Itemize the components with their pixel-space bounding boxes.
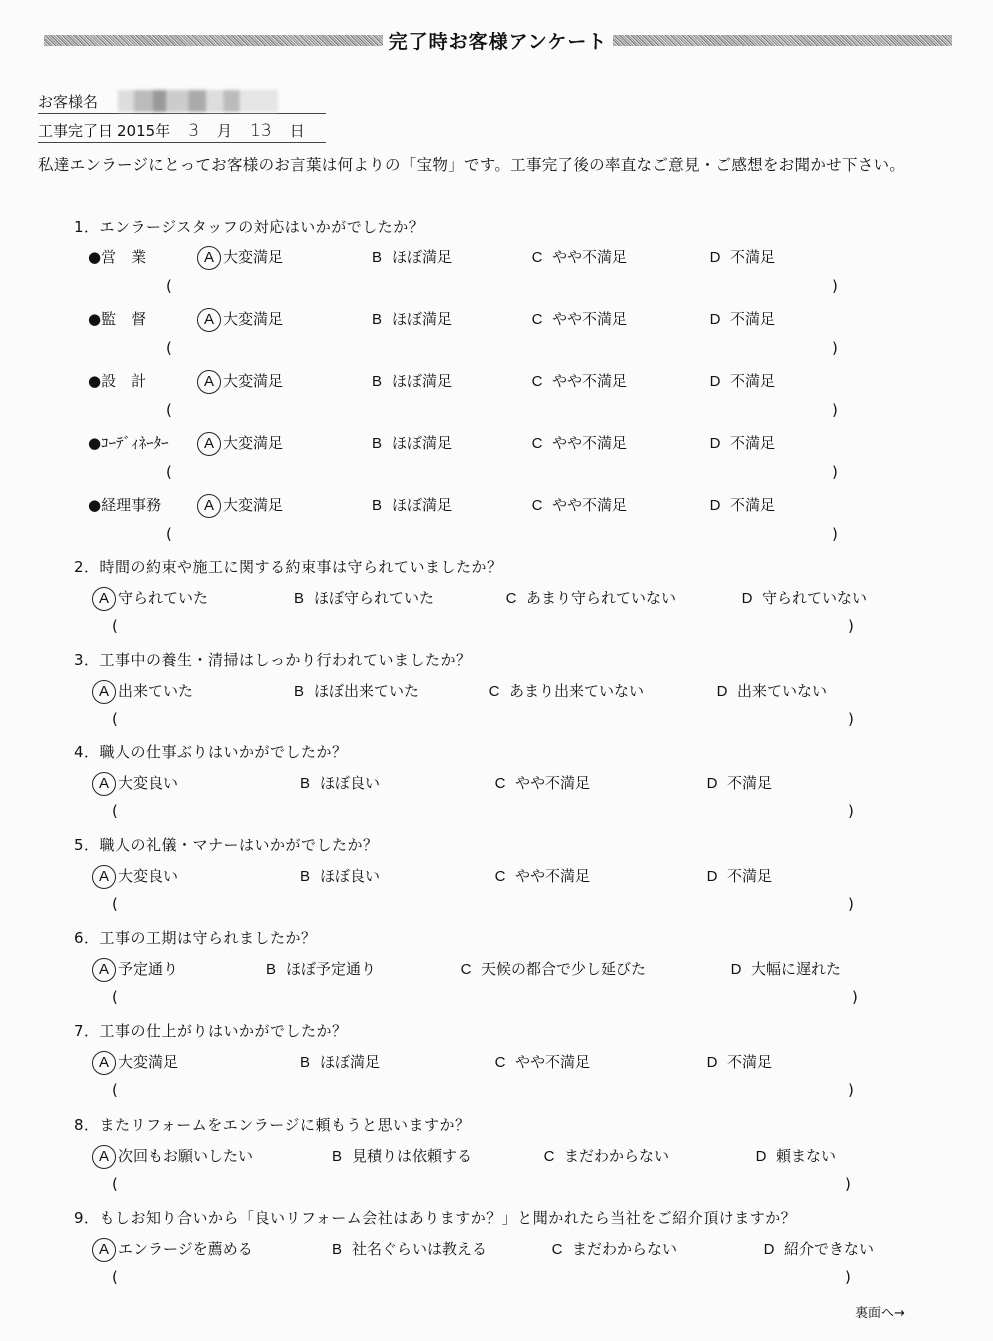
option-letter: C xyxy=(493,775,507,792)
option-text: やや不満足 xyxy=(552,310,627,328)
option-text: やや不満足 xyxy=(515,1053,590,1071)
question-7: 7．工事の仕上がりはいかがでしたか？ xyxy=(74,1020,348,1041)
option-text: まだわからない xyxy=(572,1240,677,1258)
option-text: 大変満足 xyxy=(223,434,283,452)
option-c[interactable]: Cあまり守られていない xyxy=(504,587,676,608)
option-letter: D xyxy=(762,1241,776,1258)
option-c[interactable]: Cやや不満足 xyxy=(493,772,590,793)
option-a[interactable]: A大変満足 xyxy=(203,308,283,332)
option-letter: B xyxy=(330,1148,344,1165)
staff-label: ●経理事務 xyxy=(88,494,161,515)
comment-close-paren: ) xyxy=(848,617,854,635)
comment-close-paren: ) xyxy=(848,1081,854,1099)
option-letter: C xyxy=(530,311,544,328)
option-c[interactable]: Cやや不満足 xyxy=(493,865,590,886)
option-b[interactable]: Bほぼ満足 xyxy=(370,432,452,453)
question-9: 9．もしお知り合いから「良いリフォーム会社はありますか？」と聞かれたら当社をご紹… xyxy=(74,1207,796,1228)
comment-open-paren: ( xyxy=(112,1175,118,1193)
day-unit: 日 xyxy=(290,120,305,141)
comment-open-paren: ( xyxy=(112,802,118,820)
option-d[interactable]: D不満足 xyxy=(705,1051,772,1072)
option-a[interactable]: A大変良い xyxy=(98,865,178,889)
title-row: 完了時お客様アンケート xyxy=(44,26,952,54)
option-text: 守られていない xyxy=(762,589,867,607)
option-text: 予定通り xyxy=(118,960,178,978)
option-c[interactable]: Cやや不満足 xyxy=(530,432,627,453)
option-text: 不満足 xyxy=(727,774,772,792)
option-letter: C xyxy=(504,590,518,607)
comment-open-paren: ( xyxy=(112,617,118,635)
option-letter: A xyxy=(197,432,221,456)
comment-close-paren: ) xyxy=(832,463,838,481)
option-text: やや不満足 xyxy=(515,867,590,885)
option-text: 出来ていた xyxy=(118,682,193,700)
option-d[interactable]: D大幅に遅れた xyxy=(729,958,841,979)
option-text: 大変満足 xyxy=(118,1053,178,1071)
option-letter: B xyxy=(264,961,278,978)
comment-close-paren: ) xyxy=(845,1268,851,1286)
option-letter: B xyxy=(370,311,384,328)
option-text: 次回もお願いしたい xyxy=(118,1147,253,1165)
option-text: ほぼ満足 xyxy=(392,434,452,452)
option-d[interactable]: D紹介できない xyxy=(762,1238,874,1259)
day-value: 13 xyxy=(250,121,272,141)
option-text: あまり出来ていない xyxy=(509,682,644,700)
option-text: ほぼ守られていた xyxy=(314,589,434,607)
option-a[interactable]: A大変満足 xyxy=(203,494,283,518)
option-c[interactable]: Cまだわからない xyxy=(550,1238,677,1259)
option-letter: B xyxy=(298,1054,312,1071)
customer-name-redacted xyxy=(118,90,278,112)
option-text: ほぼ満足 xyxy=(392,496,452,514)
comment-open-paren: ( xyxy=(166,463,172,481)
option-a[interactable]: A守られていた xyxy=(98,587,208,611)
year-value: 2015年 xyxy=(117,120,170,141)
option-letter: B xyxy=(370,435,384,452)
option-text: あまり守られていない xyxy=(526,589,676,607)
page-title: 完了時お客様アンケート xyxy=(383,27,614,54)
option-letter: D xyxy=(729,961,743,978)
question-6: 6．工事の工期は守られましたか？ xyxy=(74,927,317,948)
option-b[interactable]: Bほぼ満足 xyxy=(370,494,452,515)
title-bar-left xyxy=(44,35,383,46)
comment-close-paren: ) xyxy=(848,710,854,728)
option-text: 大変良い xyxy=(118,867,178,885)
title-bar-right xyxy=(613,35,952,46)
option-letter: B xyxy=(330,1241,344,1258)
option-text: ほぼ満足 xyxy=(392,310,452,328)
comment-open-paren: ( xyxy=(166,277,172,295)
comment-open-paren: ( xyxy=(112,1268,118,1286)
question-5: 5．職人の礼儀・マナーはいかがでしたか？ xyxy=(74,834,379,855)
option-text: 不満足 xyxy=(730,372,775,390)
question-8: 8．またリフォームをエンラージに頼もうと思いますか？ xyxy=(74,1114,471,1135)
option-text: 不満足 xyxy=(730,248,775,266)
option-text: 不満足 xyxy=(727,867,772,885)
option-letter: A xyxy=(197,308,221,332)
option-text: ほぼ良い xyxy=(320,774,380,792)
comment-open-paren: ( xyxy=(166,339,172,357)
option-letter: C xyxy=(530,249,544,266)
option-letter: D xyxy=(705,868,719,885)
option-letter: B xyxy=(292,590,306,607)
option-letter: C xyxy=(493,1054,507,1071)
option-letter: A xyxy=(92,865,116,889)
option-a[interactable]: A出来ていた xyxy=(98,680,193,704)
option-b[interactable]: Bほぼ満足 xyxy=(370,246,452,267)
option-c[interactable]: Cあまり出来ていない xyxy=(487,680,644,701)
option-c[interactable]: Cやや不満足 xyxy=(493,1051,590,1072)
option-text: ほぼ満足 xyxy=(392,248,452,266)
option-letter: B xyxy=(370,497,384,514)
option-text: ほぼ予定通り xyxy=(286,960,376,978)
option-b[interactable]: Bほぼ満足 xyxy=(370,370,452,391)
option-letter: C xyxy=(530,497,544,514)
option-letter: B xyxy=(298,868,312,885)
comment-open-paren: ( xyxy=(166,525,172,543)
option-text: 不満足 xyxy=(730,310,775,328)
option-letter: A xyxy=(197,494,221,518)
staff-label: ●営 業 xyxy=(88,246,146,267)
option-d[interactable]: D頼まない xyxy=(754,1145,836,1166)
option-d[interactable]: D出来ていない xyxy=(715,680,827,701)
option-letter: A xyxy=(197,370,221,394)
option-text: 大幅に遅れた xyxy=(751,960,841,978)
option-letter: D xyxy=(754,1148,768,1165)
month-unit: 月 xyxy=(217,120,232,141)
option-letter: D xyxy=(715,683,729,700)
completion-date-label: 工事完了日 xyxy=(38,120,113,141)
option-letter: A xyxy=(92,1145,116,1169)
option-text: 大変満足 xyxy=(223,248,283,266)
option-d[interactable]: D守られていない xyxy=(740,587,867,608)
option-text: 守られていた xyxy=(118,589,208,607)
option-letter: D xyxy=(708,249,722,266)
option-text: ほぼ満足 xyxy=(320,1053,380,1071)
question-2: 2．時間の約束や施工に関する約束事は守られていましたか？ xyxy=(74,556,503,577)
comment-open-paren: ( xyxy=(112,988,118,1006)
option-d[interactable]: D不満足 xyxy=(705,772,772,793)
option-letter: B xyxy=(298,775,312,792)
comment-close-paren: ) xyxy=(845,1175,851,1193)
option-text: やや不満足 xyxy=(552,434,627,452)
option-letter: D xyxy=(708,311,722,328)
option-d[interactable]: D不満足 xyxy=(708,246,775,267)
comment-open-paren: ( xyxy=(112,1081,118,1099)
comment-close-paren: ) xyxy=(832,277,838,295)
comment-close-paren: ) xyxy=(848,895,854,913)
option-d[interactable]: D不満足 xyxy=(705,865,772,886)
option-text: まだわからない xyxy=(564,1147,669,1165)
option-letter: D xyxy=(708,497,722,514)
option-c[interactable]: Cやや不満足 xyxy=(530,494,627,515)
option-text: 天候の都合で少し延びた xyxy=(481,960,646,978)
option-d[interactable]: D不満足 xyxy=(708,308,775,329)
question-1: 1．エンラージスタッフの対応はいかがでしたか？ xyxy=(74,216,424,237)
option-text: 不満足 xyxy=(727,1053,772,1071)
option-letter: A xyxy=(197,246,221,270)
turn-over-note: 裏面へ→ xyxy=(855,1302,905,1321)
option-a[interactable]: A次回もお願いしたい xyxy=(98,1145,253,1169)
staff-label: ●監 督 xyxy=(88,308,146,329)
option-text: エンラージを薦める xyxy=(118,1240,253,1258)
option-letter: A xyxy=(92,1238,116,1262)
option-text: 社名ぐらいは教える xyxy=(352,1240,487,1258)
option-text: ほぼ出来ていた xyxy=(314,682,419,700)
option-text: やや不満足 xyxy=(552,372,627,390)
option-letter: C xyxy=(550,1241,564,1258)
question-4: 4．職人の仕事ぶりはいかがでしたか？ xyxy=(74,741,348,762)
option-b[interactable]: Bほぼ満足 xyxy=(298,1051,380,1072)
option-letter: B xyxy=(370,249,384,266)
comment-open-paren: ( xyxy=(166,401,172,419)
question-3: 3．工事中の養生・清掃はしっかり行われていましたか？ xyxy=(74,649,472,670)
option-text: やや不満足 xyxy=(552,496,627,514)
option-text: 不満足 xyxy=(730,496,775,514)
option-text: 大変良い xyxy=(118,774,178,792)
option-c[interactable]: Cやや不満足 xyxy=(530,308,627,329)
option-letter: C xyxy=(530,435,544,452)
option-letter: B xyxy=(292,683,306,700)
comment-open-paren: ( xyxy=(112,710,118,728)
completion-date-field[interactable]: 工事完了日 2015年 3 月 13 日 xyxy=(38,120,326,143)
option-text: 出来ていない xyxy=(737,682,827,700)
option-b[interactable]: Bほぼ出来ていた xyxy=(292,680,419,701)
option-a[interactable]: A大変満足 xyxy=(98,1051,178,1075)
option-b[interactable]: Bほぼ満足 xyxy=(370,308,452,329)
option-text: やや不満足 xyxy=(552,248,627,266)
option-text: ほぼ満足 xyxy=(392,372,452,390)
option-letter: D xyxy=(708,435,722,452)
comment-close-paren: ) xyxy=(832,339,838,357)
option-text: 大変満足 xyxy=(223,496,283,514)
option-b[interactable]: B社名ぐらいは教える xyxy=(330,1238,487,1259)
option-text: ほぼ良い xyxy=(320,867,380,885)
option-letter: A xyxy=(92,958,116,982)
comment-close-paren: ) xyxy=(832,525,838,543)
option-c[interactable]: Cまだわからない xyxy=(542,1145,669,1166)
option-text: 頼まない xyxy=(776,1147,836,1165)
comment-open-paren: ( xyxy=(112,895,118,913)
option-letter: C xyxy=(542,1148,556,1165)
option-letter: D xyxy=(705,1054,719,1071)
option-letter: A xyxy=(92,587,116,611)
month-value: 3 xyxy=(188,121,199,141)
comment-close-paren: ) xyxy=(832,401,838,419)
option-b[interactable]: Bほぼ良い xyxy=(298,772,380,793)
intro-text: 私達エンラージにとってお客様のお言葉は何よりの「宝物」です。工事完了後の率直なご… xyxy=(38,153,905,175)
option-letter: C xyxy=(493,868,507,885)
option-a[interactable]: A予定通り xyxy=(98,958,178,982)
option-d[interactable]: D不満足 xyxy=(708,494,775,515)
option-b[interactable]: Bほぼ良い xyxy=(298,865,380,886)
option-text: 不満足 xyxy=(730,434,775,452)
option-text: 見積りは依頼する xyxy=(352,1147,472,1165)
option-text: 大変満足 xyxy=(223,310,283,328)
option-letter: A xyxy=(92,1051,116,1075)
option-b[interactable]: B見積りは依頼する xyxy=(330,1145,472,1166)
option-text: やや不満足 xyxy=(515,774,590,792)
option-text: 大変満足 xyxy=(223,372,283,390)
staff-label: ●ｺｰﾃﾞｨﾈｰﾀｰ xyxy=(88,432,169,453)
comment-close-paren: ) xyxy=(852,988,858,1006)
option-letter: A xyxy=(92,680,116,704)
customer-name-field[interactable]: お客様名 xyxy=(38,90,326,114)
option-letter: C xyxy=(530,373,544,390)
option-letter: C xyxy=(487,683,501,700)
option-b[interactable]: Bほぼ守られていた xyxy=(292,587,434,608)
option-c[interactable]: Cやや不満足 xyxy=(530,246,627,267)
option-a[interactable]: A大変良い xyxy=(98,772,178,796)
option-letter: C xyxy=(459,961,473,978)
option-a[interactable]: Aエンラージを薦める xyxy=(98,1238,253,1262)
option-a[interactable]: A大変満足 xyxy=(203,432,283,456)
option-a[interactable]: A大変満足 xyxy=(203,370,283,394)
option-a[interactable]: A大変満足 xyxy=(203,246,283,270)
option-letter: D xyxy=(740,590,754,607)
comment-close-paren: ) xyxy=(848,802,854,820)
option-letter: A xyxy=(92,772,116,796)
option-text: 紹介できない xyxy=(784,1240,874,1258)
staff-label: ●設 計 xyxy=(88,370,146,391)
option-b[interactable]: Bほぼ予定通り xyxy=(264,958,376,979)
customer-name-label: お客様名 xyxy=(38,91,98,112)
option-letter: B xyxy=(370,373,384,390)
option-d[interactable]: D不満足 xyxy=(708,432,775,453)
option-letter: D xyxy=(708,373,722,390)
option-c[interactable]: Cやや不満足 xyxy=(530,370,627,391)
option-letter: D xyxy=(705,775,719,792)
option-d[interactable]: D不満足 xyxy=(708,370,775,391)
option-c[interactable]: C天候の都合で少し延びた xyxy=(459,958,646,979)
